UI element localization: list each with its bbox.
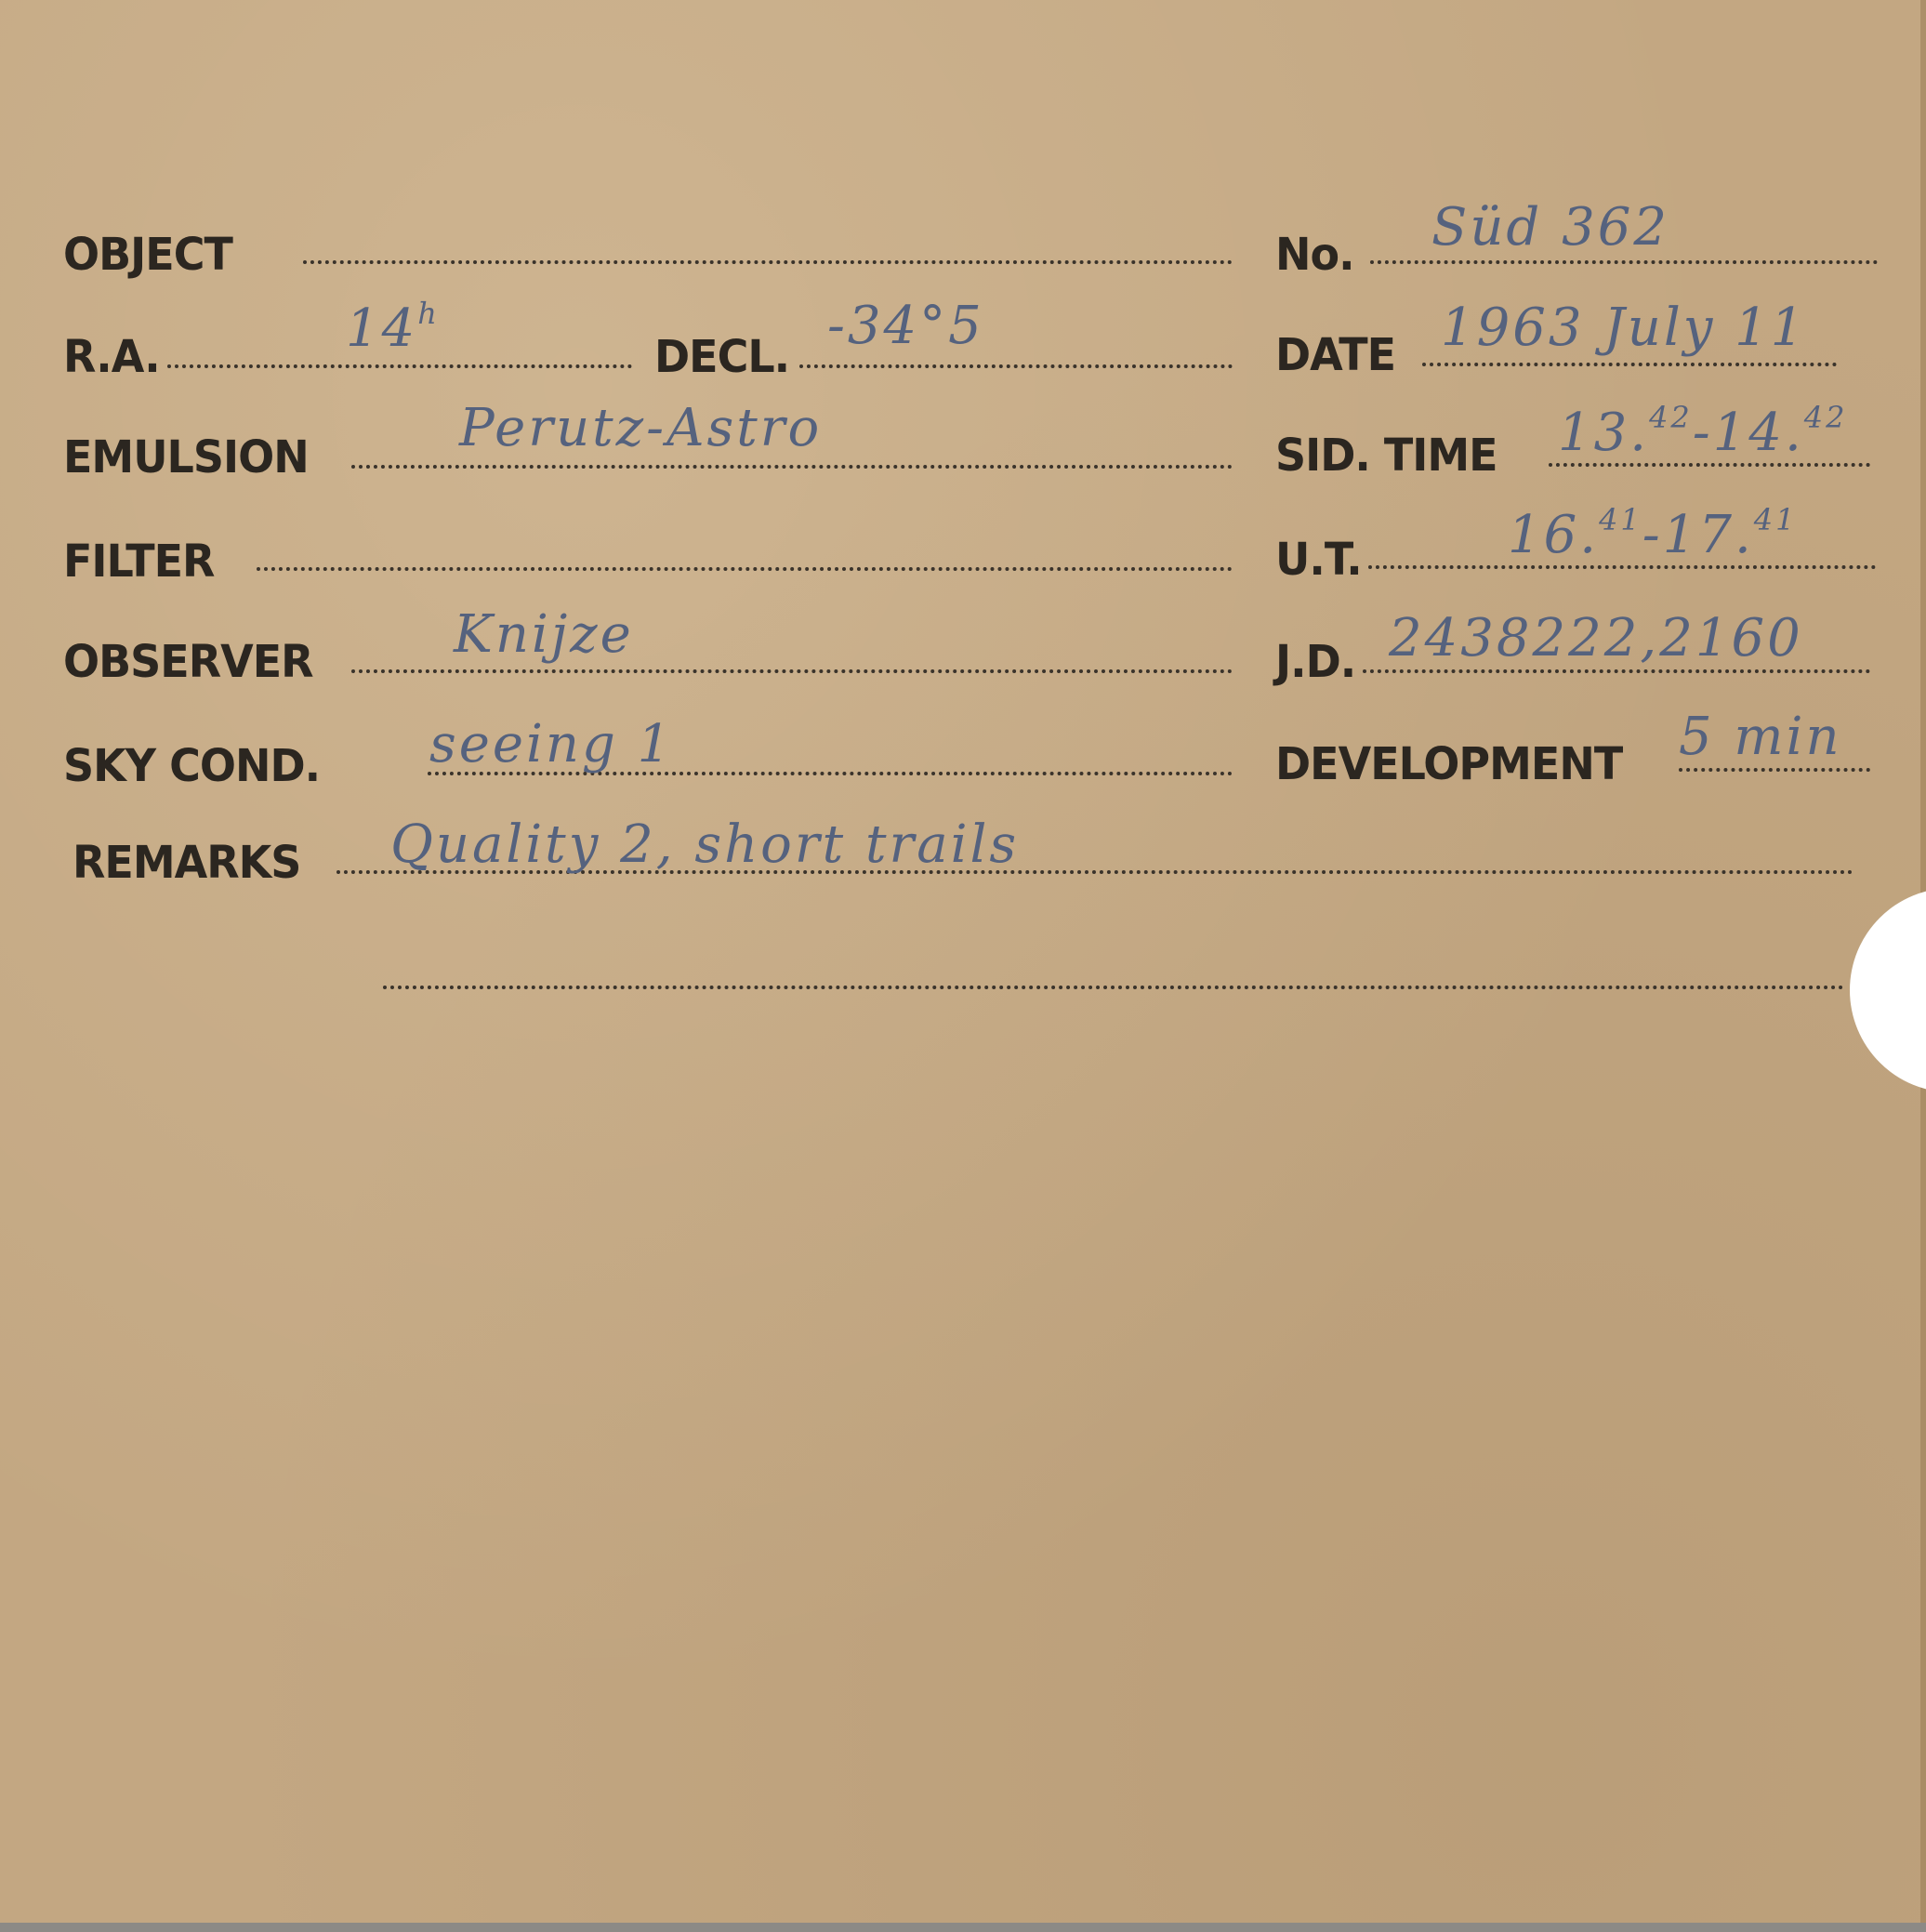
ra-field[interactable] [167, 364, 632, 368]
sky-cond-label: SKY COND. [63, 739, 320, 792]
plate-envelope: OBJECT R.A. 14h DECL. -34°5 EMULSION Per… [0, 0, 1926, 1932]
development-value: 5 min [1679, 707, 1842, 767]
remarks-label: REMARKS [73, 836, 300, 889]
decl-value: -34°5 [827, 296, 984, 356]
ut-field[interactable] [1368, 565, 1876, 569]
development-field[interactable] [1679, 768, 1870, 772]
ra-label: R.A. [63, 330, 160, 383]
date-label: DATE [1275, 328, 1395, 381]
no-label: No. [1275, 228, 1354, 281]
filter-field[interactable] [257, 567, 1233, 571]
remarks-field-line-2[interactable] [383, 986, 1844, 989]
observer-label: OBSERVER [63, 635, 313, 688]
date-value: 1963 July 11 [1441, 298, 1806, 358]
observer-field[interactable] [351, 669, 1233, 673]
ra-value: 14h [346, 296, 440, 359]
thumb-notch [1850, 888, 1926, 1092]
sid-time-field[interactable] [1549, 463, 1870, 467]
object-label: OBJECT [63, 228, 232, 281]
emulsion-value: Perutz-Astro [459, 398, 822, 458]
date-field[interactable] [1422, 363, 1837, 366]
jd-value: 2438222,2160 [1389, 608, 1803, 668]
development-label: DEVELOPMENT [1275, 737, 1622, 790]
object-field[interactable] [303, 260, 1233, 264]
ut-value: 16.41-17.41 [1508, 502, 1797, 565]
filter-label: FILTER [63, 535, 214, 588]
ut-label: U.T. [1275, 533, 1362, 586]
emulsion-label: EMULSION [63, 430, 309, 483]
jd-label: J.D. [1275, 635, 1355, 688]
scan-edge [0, 1923, 1926, 1932]
emulsion-field[interactable] [351, 465, 1233, 469]
jd-field[interactable] [1363, 669, 1870, 673]
no-value: Süd 362 [1431, 197, 1669, 258]
remarks-value: Quality 2, short trails [390, 814, 1019, 875]
decl-field[interactable] [799, 364, 1233, 368]
sid-time-label: SID. TIME [1275, 429, 1497, 482]
decl-label: DECL. [654, 330, 789, 383]
sid-time-value: 13.42-14.42 [1558, 400, 1847, 463]
sky-cond-value: seeing 1 [429, 714, 673, 774]
no-field[interactable] [1370, 260, 1878, 264]
observer-value: Knijze [454, 604, 634, 665]
